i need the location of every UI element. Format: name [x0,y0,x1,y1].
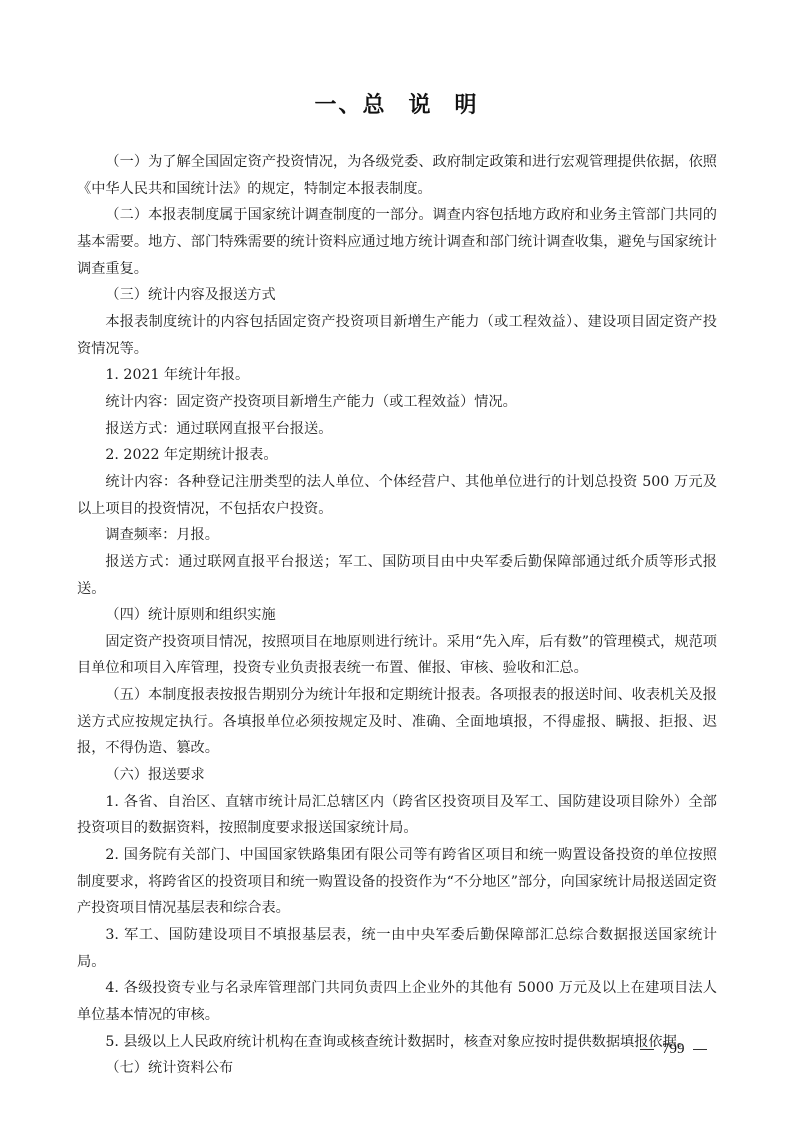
list-item-req-3: 3. 军工、国防建设项目不填报基层表，统一由中央军委后勤保障部汇总综合数据报送国… [77,922,717,975]
title-part-1: 一、总 [314,93,386,118]
list-item-annual-report: 1. 2021 年统计年报。 [77,362,717,389]
list-item-req-5: 5. 县级以上人民政府统计机构在查询或核查统计数据时，核查对象应按时提供数据填报… [77,1029,717,1056]
paragraph-section-4: 固定资产投资项目情况，按照项目在地原则进行统计。采用“先入库，后有数”的管理模式… [77,629,717,682]
paragraph-section-5: （五）本制度报表按报告期别分为统计年报和定期统计报表。各项报表的报送时间、收表机… [77,682,717,762]
title-part-2: 说 [408,93,432,118]
paragraph-periodic-method: 报送方式：通过联网直报平台报送；军工、国防项目由中央军委后勤保障部通过纸介质等形… [77,549,717,602]
list-item-req-4: 4. 各级投资专业与名录库管理部门共同负责四上企业外的其他有 5000 万元及以… [77,975,717,1028]
page-number-value: 799 [662,1041,685,1057]
list-item-req-1: 1. 各省、自治区、直辖市统计局汇总辖区内（跨省区投资项目及军工、国防建设项目除… [77,789,717,842]
paragraph-section-2: （二）本报表制度属于国家统计调查制度的一部分。调查内容包括地方政府和业务主管部门… [77,202,717,282]
page-title: 一、总说明 [0,88,793,119]
paragraph-section-3-intro: 本报表制度统计的内容包括固定资产投资项目新增生产能力（或工程效益）、建设项目固定… [77,309,717,362]
document-body: （一）为了解全国固定资产投资情况，为各级党委、政府制定政策和进行宏观管理提供依据… [77,149,717,1082]
title-part-3: 明 [455,93,479,118]
paragraph-periodic-content: 统计内容：各种登记注册类型的法人单位、个体经营户、其他单位进行的计划总投资 50… [77,469,717,522]
heading-section-4: （四）统计原则和组织实施 [77,602,717,629]
paragraph-annual-method: 报送方式：通过联网直报平台报送。 [77,416,717,443]
list-item-req-2: 2. 国务院有关部门、中国国家铁路集团有限公司等有跨省区项目和统一购置设备投资的… [77,842,717,922]
paragraph-section-1: （一）为了解全国固定资产投资情况，为各级党委、政府制定政策和进行宏观管理提供依据… [77,149,717,202]
page-number: 799 [632,1041,715,1058]
paragraph-periodic-frequency: 调查频率：月报。 [77,522,717,549]
heading-section-6: （六）报送要求 [77,762,717,789]
dash-left [640,1049,654,1050]
paragraph-annual-content: 统计内容：固定资产投资项目新增生产能力（或工程效益）情况。 [77,389,717,416]
heading-section-3: （三）统计内容及报送方式 [77,282,717,309]
heading-section-7: （七）统计资料公布 [77,1055,717,1082]
dash-right [693,1049,707,1050]
list-item-periodic-report: 2. 2022 年定期统计报表。 [77,442,717,469]
